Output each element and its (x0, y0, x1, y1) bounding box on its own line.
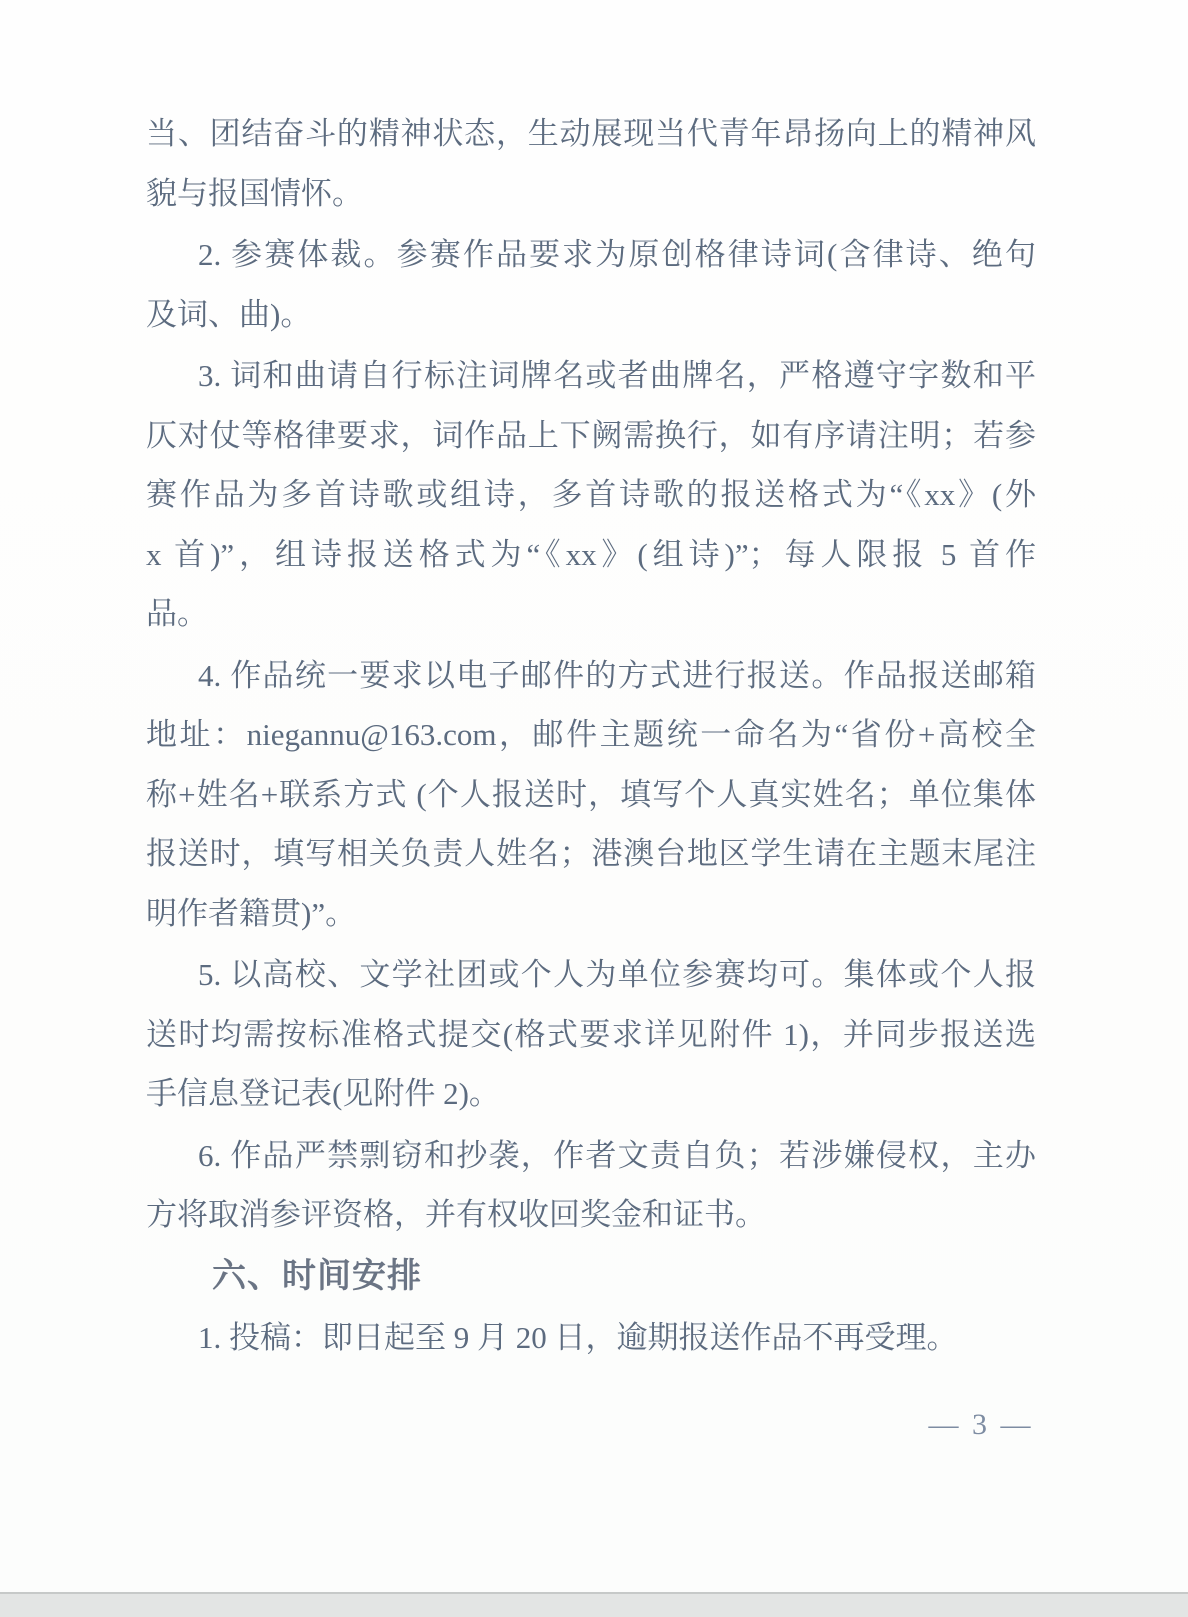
text-line: x 首)”，组诗报送格式为“《xx》(组诗)”；每人限报 5 首作 (146, 525, 1036, 585)
scan-footer-bar (0, 1592, 1188, 1617)
text-line: 4. 作品统一要求以电子邮件的方式进行报送。作品报送邮箱 (146, 646, 1036, 706)
text-line: 1. 投稿：即日起至 9 月 20 日，逾期报送作品不再受理。 (146, 1308, 1036, 1368)
text-line: 明作者籍贯)”。 (146, 884, 1036, 944)
text-line: 6. 作品严禁剽窃和抄袭，作者文责自负；若涉嫌侵权，主办 (146, 1126, 1036, 1186)
section-heading: 六、时间安排 (146, 1247, 1036, 1307)
text-line: 手信息登记表(见附件 2)。 (146, 1064, 1036, 1124)
text-line: 赛作品为多首诗歌或组诗，多首诗歌的报送格式为“《xx》(外 (146, 465, 1036, 525)
text-line: 报送时，填写相关负责人姓名；港澳台地区学生请在主题末尾注 (146, 824, 1036, 884)
text-line: 送时均需按标准格式提交(格式要求详见附件 1)，并同步报送选 (146, 1005, 1036, 1065)
document-body: 当、团结奋斗的精神状态，生动展现当代青年昂扬向上的精神风貌与报国情怀。2. 参赛… (146, 104, 1036, 1370)
text-line: 地址：niegannu@163.com，邮件主题统一命名为“省份+高校全 (146, 705, 1036, 765)
paragraph: 2. 参赛体裁。参赛作品要求为原创格律诗词(含律诗、绝句及词、曲)。 (146, 225, 1036, 344)
text-line: 当、团结奋斗的精神状态，生动展现当代青年昂扬向上的精神风 (146, 104, 1036, 164)
text-line: 称+姓名+联系方式 (个人报送时，填写个人真实姓名；单位集体 (146, 765, 1036, 825)
paragraph: 当、团结奋斗的精神状态，生动展现当代青年昂扬向上的精神风貌与报国情怀。 (146, 104, 1036, 223)
text-line: 2. 参赛体裁。参赛作品要求为原创格律诗词(含律诗、绝句 (146, 225, 1036, 285)
text-line: 仄对仗等格律要求，词作品上下阙需换行，如有序请注明；若参 (146, 406, 1036, 466)
page-number: — 3 — (903, 1404, 1059, 1446)
paragraph: 5. 以高校、文学社团或个人为单位参赛均可。集体或个人报送时均需按标准格式提交(… (146, 945, 1036, 1124)
text-line: 及词、曲)。 (146, 285, 1036, 345)
text-line: 3. 词和曲请自行标注词牌名或者曲牌名，严格遵守字数和平 (146, 346, 1036, 406)
paragraph: 6. 作品严禁剽窃和抄袭，作者文责自负；若涉嫌侵权，主办方将取消参评资格，并有权… (146, 1126, 1036, 1245)
text-line: 品。 (146, 584, 1036, 644)
scanned-document-page: 当、团结奋斗的精神状态，生动展现当代青年昂扬向上的精神风貌与报国情怀。2. 参赛… (0, 0, 1188, 1617)
text-line: 5. 以高校、文学社团或个人为单位参赛均可。集体或个人报 (146, 945, 1036, 1005)
paragraph: 4. 作品统一要求以电子邮件的方式进行报送。作品报送邮箱地址：niegannu@… (146, 646, 1036, 944)
text-line: 貌与报国情怀。 (146, 164, 1036, 224)
text-line: 方将取消参评资格，并有权收回奖金和证书。 (146, 1185, 1036, 1245)
paragraph: 3. 词和曲请自行标注词牌名或者曲牌名，严格遵守字数和平仄对仗等格律要求，词作品… (146, 346, 1036, 644)
paragraph: 1. 投稿：即日起至 9 月 20 日，逾期报送作品不再受理。 (146, 1308, 1036, 1368)
heading-line: 六、时间安排 (212, 1247, 1036, 1307)
